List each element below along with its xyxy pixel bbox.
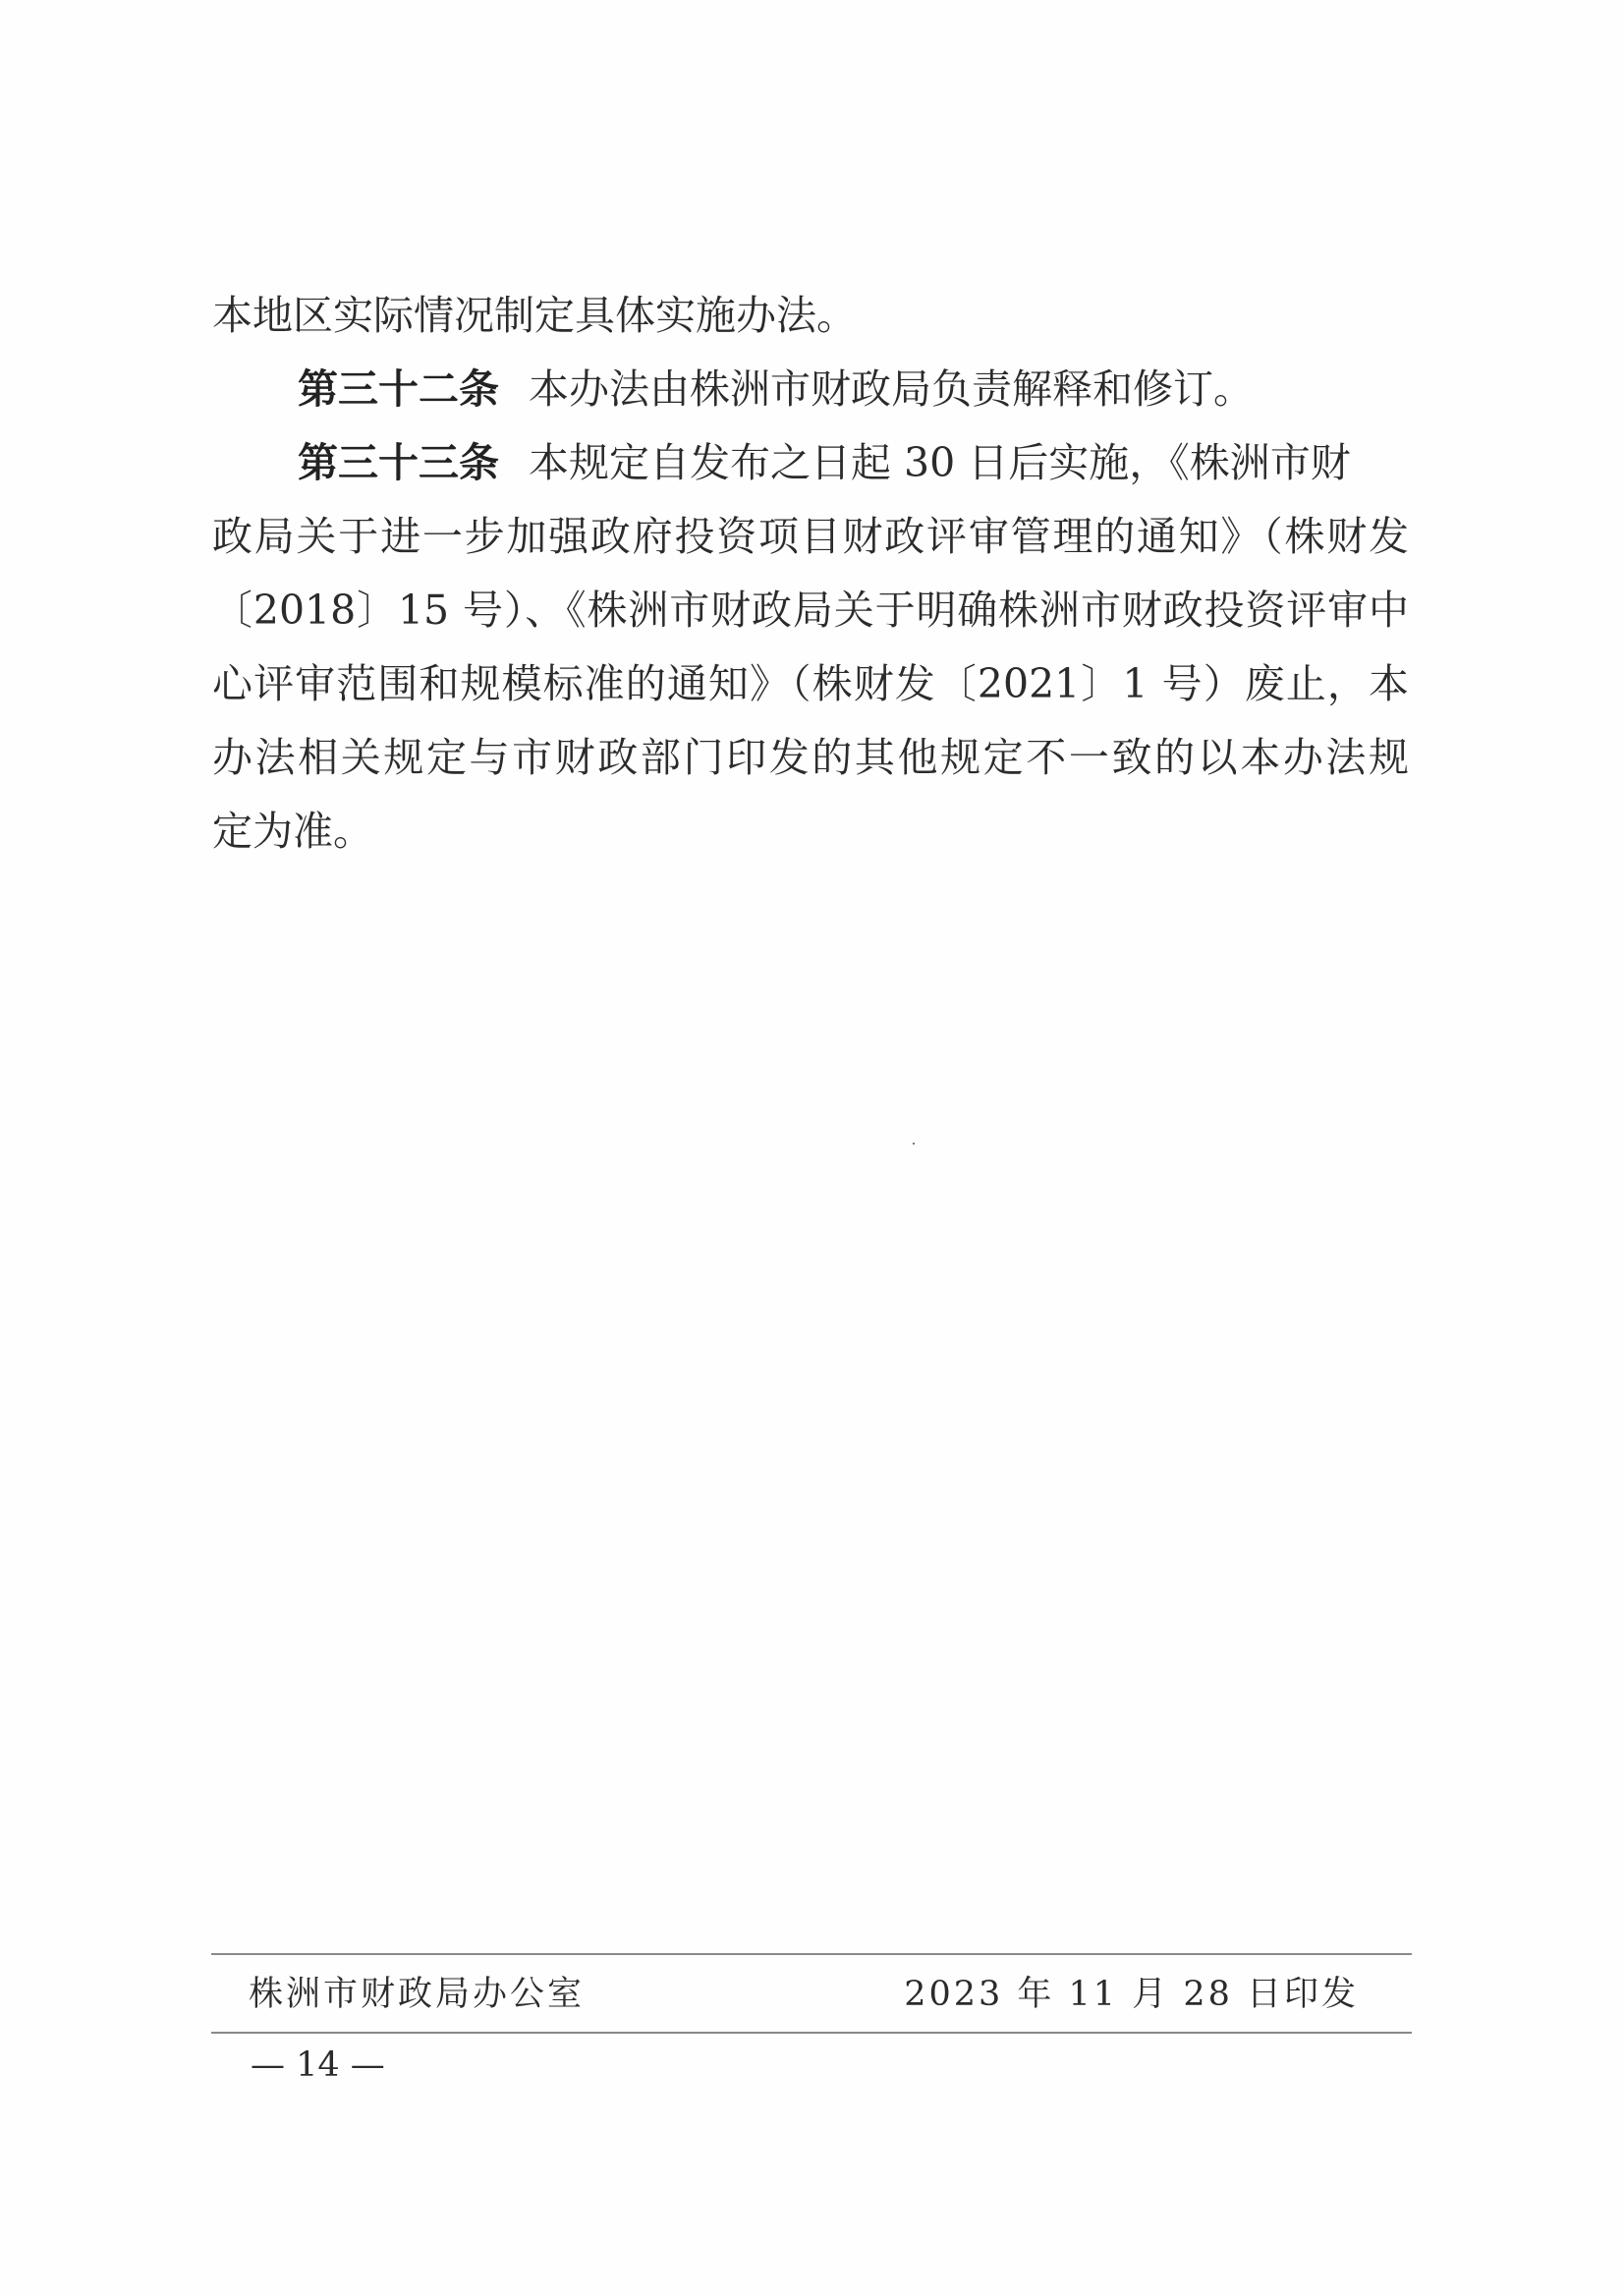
line-text: 本地区实际情况制定具体实施办法。 <box>212 292 857 339</box>
line-text: 本规定自发布之日起 30 日后实施，《株洲市财 <box>529 439 1351 486</box>
article-33-line: 政局关于进一步加强政府投资项目财政评审管理的通知》（株财发 <box>212 512 1409 586</box>
footer-bottom-rule <box>211 2032 1412 2034</box>
scan-speck <box>913 1143 915 1145</box>
document-body: 本地区实际情况制定具体实施办法。 第三十二条本办法由株洲市财政局负责解释和修订。… <box>212 291 1409 880</box>
article-label: 第三十三条 <box>298 439 499 486</box>
article-label: 第三十二条 <box>298 365 499 413</box>
issuing-office: 株洲市财政局办公室 <box>249 1967 585 2016</box>
line-text: 〔2018〕15 号）、《株洲市财政局关于明确株洲市财政投资评审中 <box>212 587 1409 634</box>
article-33-line: 〔2018〕15 号）、《株洲市财政局关于明确株洲市财政投资评审中 <box>212 586 1409 659</box>
line-text: 定为准。 <box>212 808 373 855</box>
line-text: 办法相关规定与市财政部门印发的其他规定不一致的以本办法规 <box>212 734 1409 781</box>
article-33-line: 定为准。 <box>212 807 1409 880</box>
line-text: 心评审范围和规模标准的通知》（株财发〔2021〕1 号）废止，本 <box>212 660 1409 707</box>
article-33-line: 心评审范围和规模标准的通知》（株财发〔2021〕1 号）废止，本 <box>212 659 1409 733</box>
article-32: 第三十二条本办法由株洲市财政局负责解释和修订。 <box>212 364 1409 438</box>
issuance-footer: 株洲市财政局办公室 2023 年 11 月 28 日印发 <box>249 1969 1359 2014</box>
line-text: 政局关于进一步加强政府投资项目财政评审管理的通知》（株财发 <box>212 513 1409 560</box>
issue-date: 2023 年 11 月 28 日印发 <box>904 1967 1359 2016</box>
page-number: — 14 — <box>251 2045 385 2085</box>
document-page: 本地区实际情况制定具体实施办法。 第三十二条本办法由株洲市财政局负责解释和修订。… <box>0 0 1624 2295</box>
article-33-line: 办法相关规定与市财政部门印发的其他规定不一致的以本办法规 <box>212 733 1409 807</box>
paragraph-continuation: 本地区实际情况制定具体实施办法。 <box>212 291 1409 364</box>
article-33: 第三十三条本规定自发布之日起 30 日后实施，《株洲市财 <box>212 438 1409 512</box>
line-text: 本办法由株洲市财政局负责解释和修订。 <box>529 365 1254 413</box>
footer-top-rule <box>211 1953 1412 1955</box>
